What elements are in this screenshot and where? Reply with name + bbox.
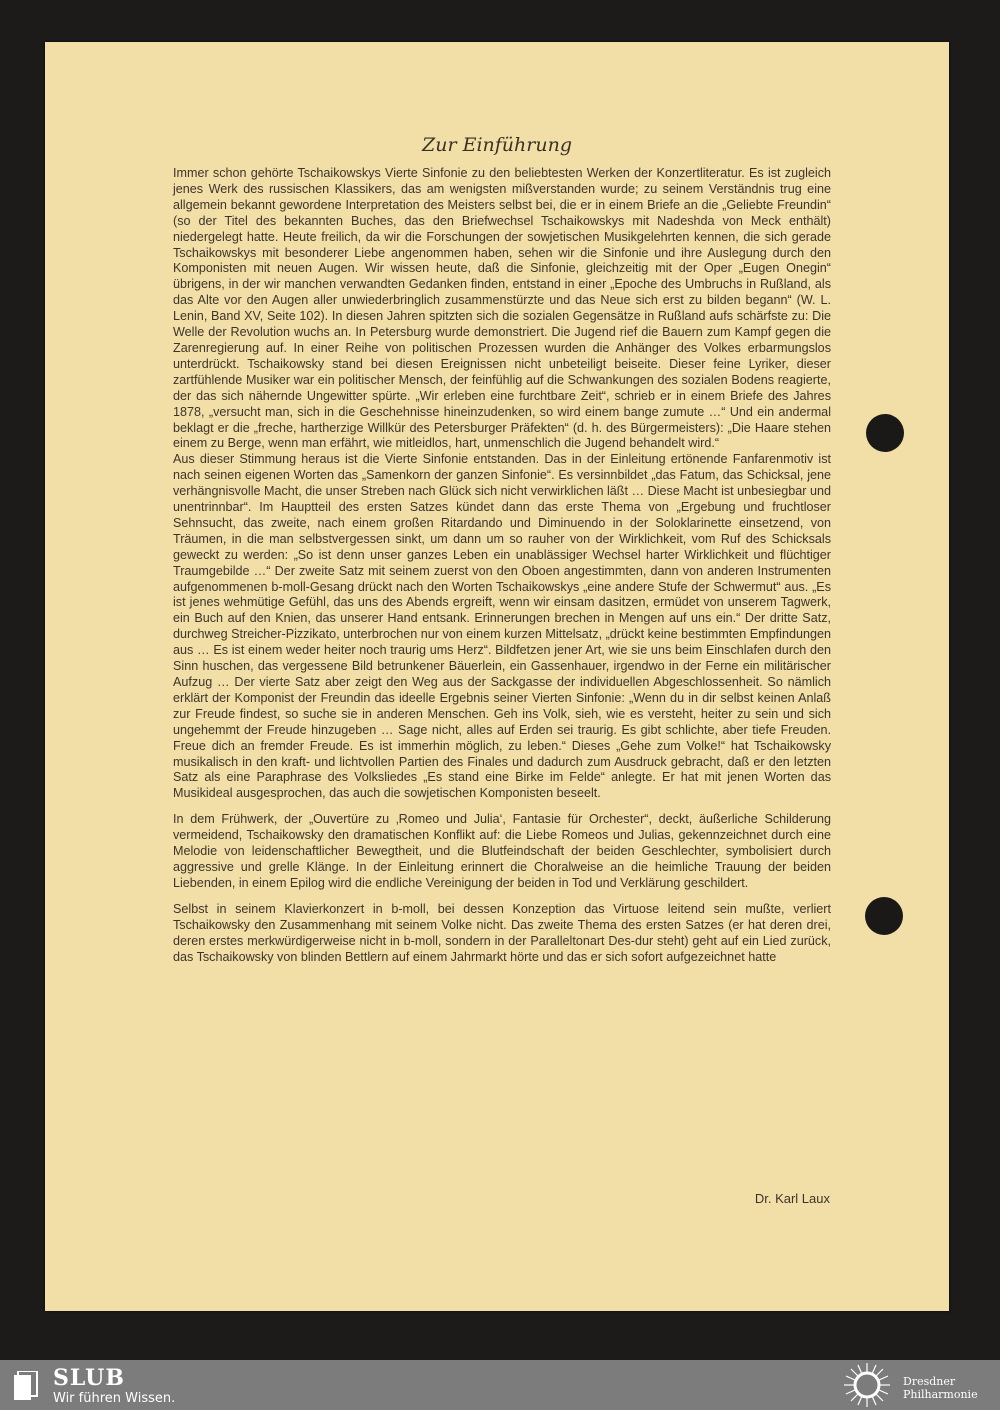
paragraph: Selbst in seinem Klavierkonzert in b-mol… [173,902,831,966]
library-logo-text[interactable]: SLUB [53,1365,125,1391]
paragraph: Aus dieser Stimmung heraus ist die Viert… [173,452,831,802]
library-tagline: Wir führen Wissen. [53,1391,175,1406]
article-body: Immer schon gehörte Tschaikowskys Vierte… [173,166,831,965]
slub-book-icon [14,1371,38,1401]
partner-logo-text[interactable]: Dresdner Philharmonie [903,1375,978,1401]
punch-hole [865,897,903,935]
paragraph: Immer schon gehörte Tschaikowskys Vierte… [173,166,831,452]
philharmonie-sun-icon [840,1362,894,1408]
paragraph: In dem Frühwerk, der „Ouvertüre zu ‚Rome… [173,812,831,892]
document-page: Zur Einführung Immer schon gehörte Tscha… [45,42,949,1311]
footer-bar: SLUB Wir führen Wissen. Dresdner Philhar… [0,1360,1000,1410]
author-signature: Dr. Karl Laux [755,1191,830,1206]
page-title: Zur Einführung [45,134,949,156]
punch-hole [866,414,904,452]
